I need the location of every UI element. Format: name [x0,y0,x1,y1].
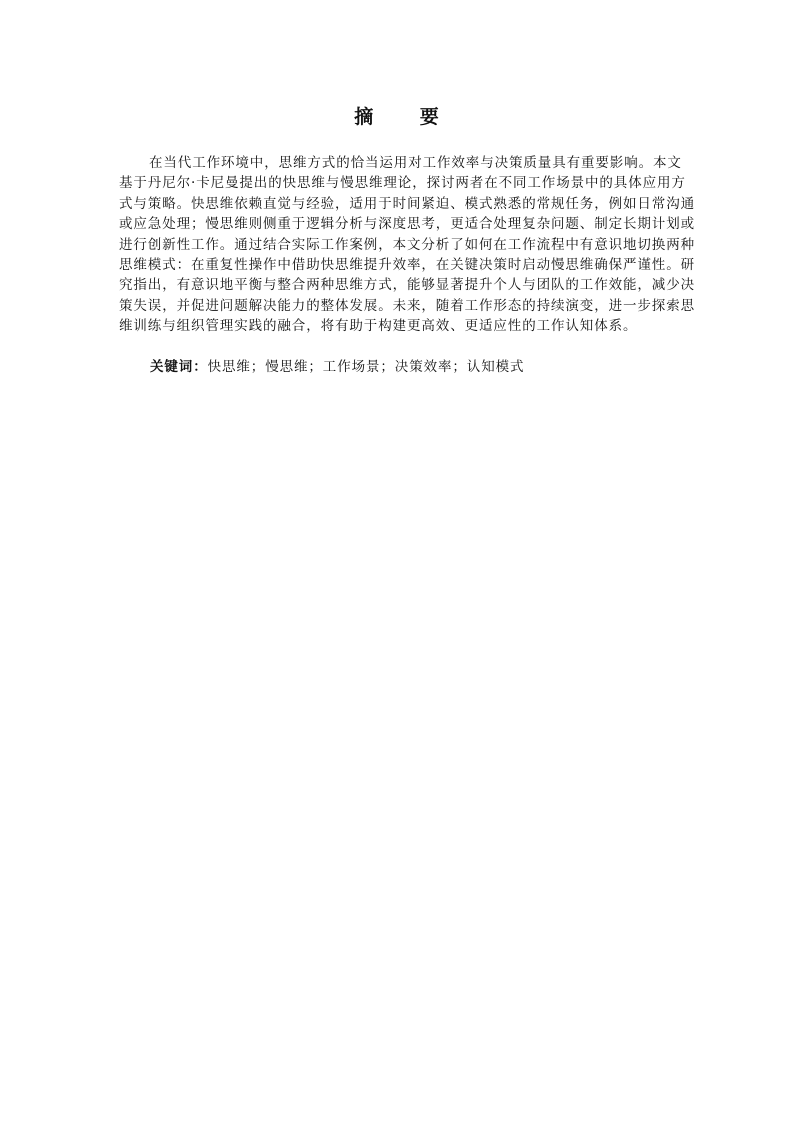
abstract-line: 或应急处理；慢思维则侧重于逻辑分析与深度思考，更适合处理复杂问题、制定长期计划或 [119,214,675,234]
keywords-line: 关键词：快思维；慢思维；工作场景；决策效率；认知模式 [150,357,524,377]
abstract-line: 式与策略。快思维依赖直觉与经验，适用于时间紧迫、模式熟悉的常规任务，例如日常沟通 [119,194,675,214]
keywords-value: 快思维；慢思维；工作场景；决策效率；认知模式 [208,359,525,375]
abstract-body: 在当代工作环境中，思维方式的恰当运用对工作效率与决策质量具有重要影响。本文 基于… [119,153,675,337]
abstract-line: 思维模式：在重复性操作中借助快思维提升效率，在关键决策时启动慢思维确保严谨性。研 [119,255,675,275]
abstract-line: 维训练与组织管理实践的融合，将有助于构建更高效、更适应性的工作认知体系。 [119,316,675,336]
abstract-line: 究指出，有意识地平衡与整合两种思维方式，能够显著提升个人与团队的工作效能，减少决 [119,275,675,295]
abstract-line: 基于丹尼尔·卡尼曼提出的快思维与慢思维理论，探讨两者在不同工作场景中的具体应用方 [119,173,675,193]
abstract-line: 进行创新性工作。通过结合实际工作案例，本文分析了如何在工作流程中有意识地切换两种 [119,235,675,255]
keywords-label: 关键词： [150,359,208,375]
document-page: 摘 要 在当代工作环境中，思维方式的恰当运用对工作效率与决策质量具有重要影响。本… [0,0,793,1122]
abstract-title: 摘 要 [0,104,793,130]
abstract-line: 在当代工作环境中，思维方式的恰当运用对工作效率与决策质量具有重要影响。本文 [119,153,675,173]
abstract-line: 策失误，并促进问题解决能力的整体发展。未来，随着工作形态的持续演变，进一步探索思 [119,296,675,316]
